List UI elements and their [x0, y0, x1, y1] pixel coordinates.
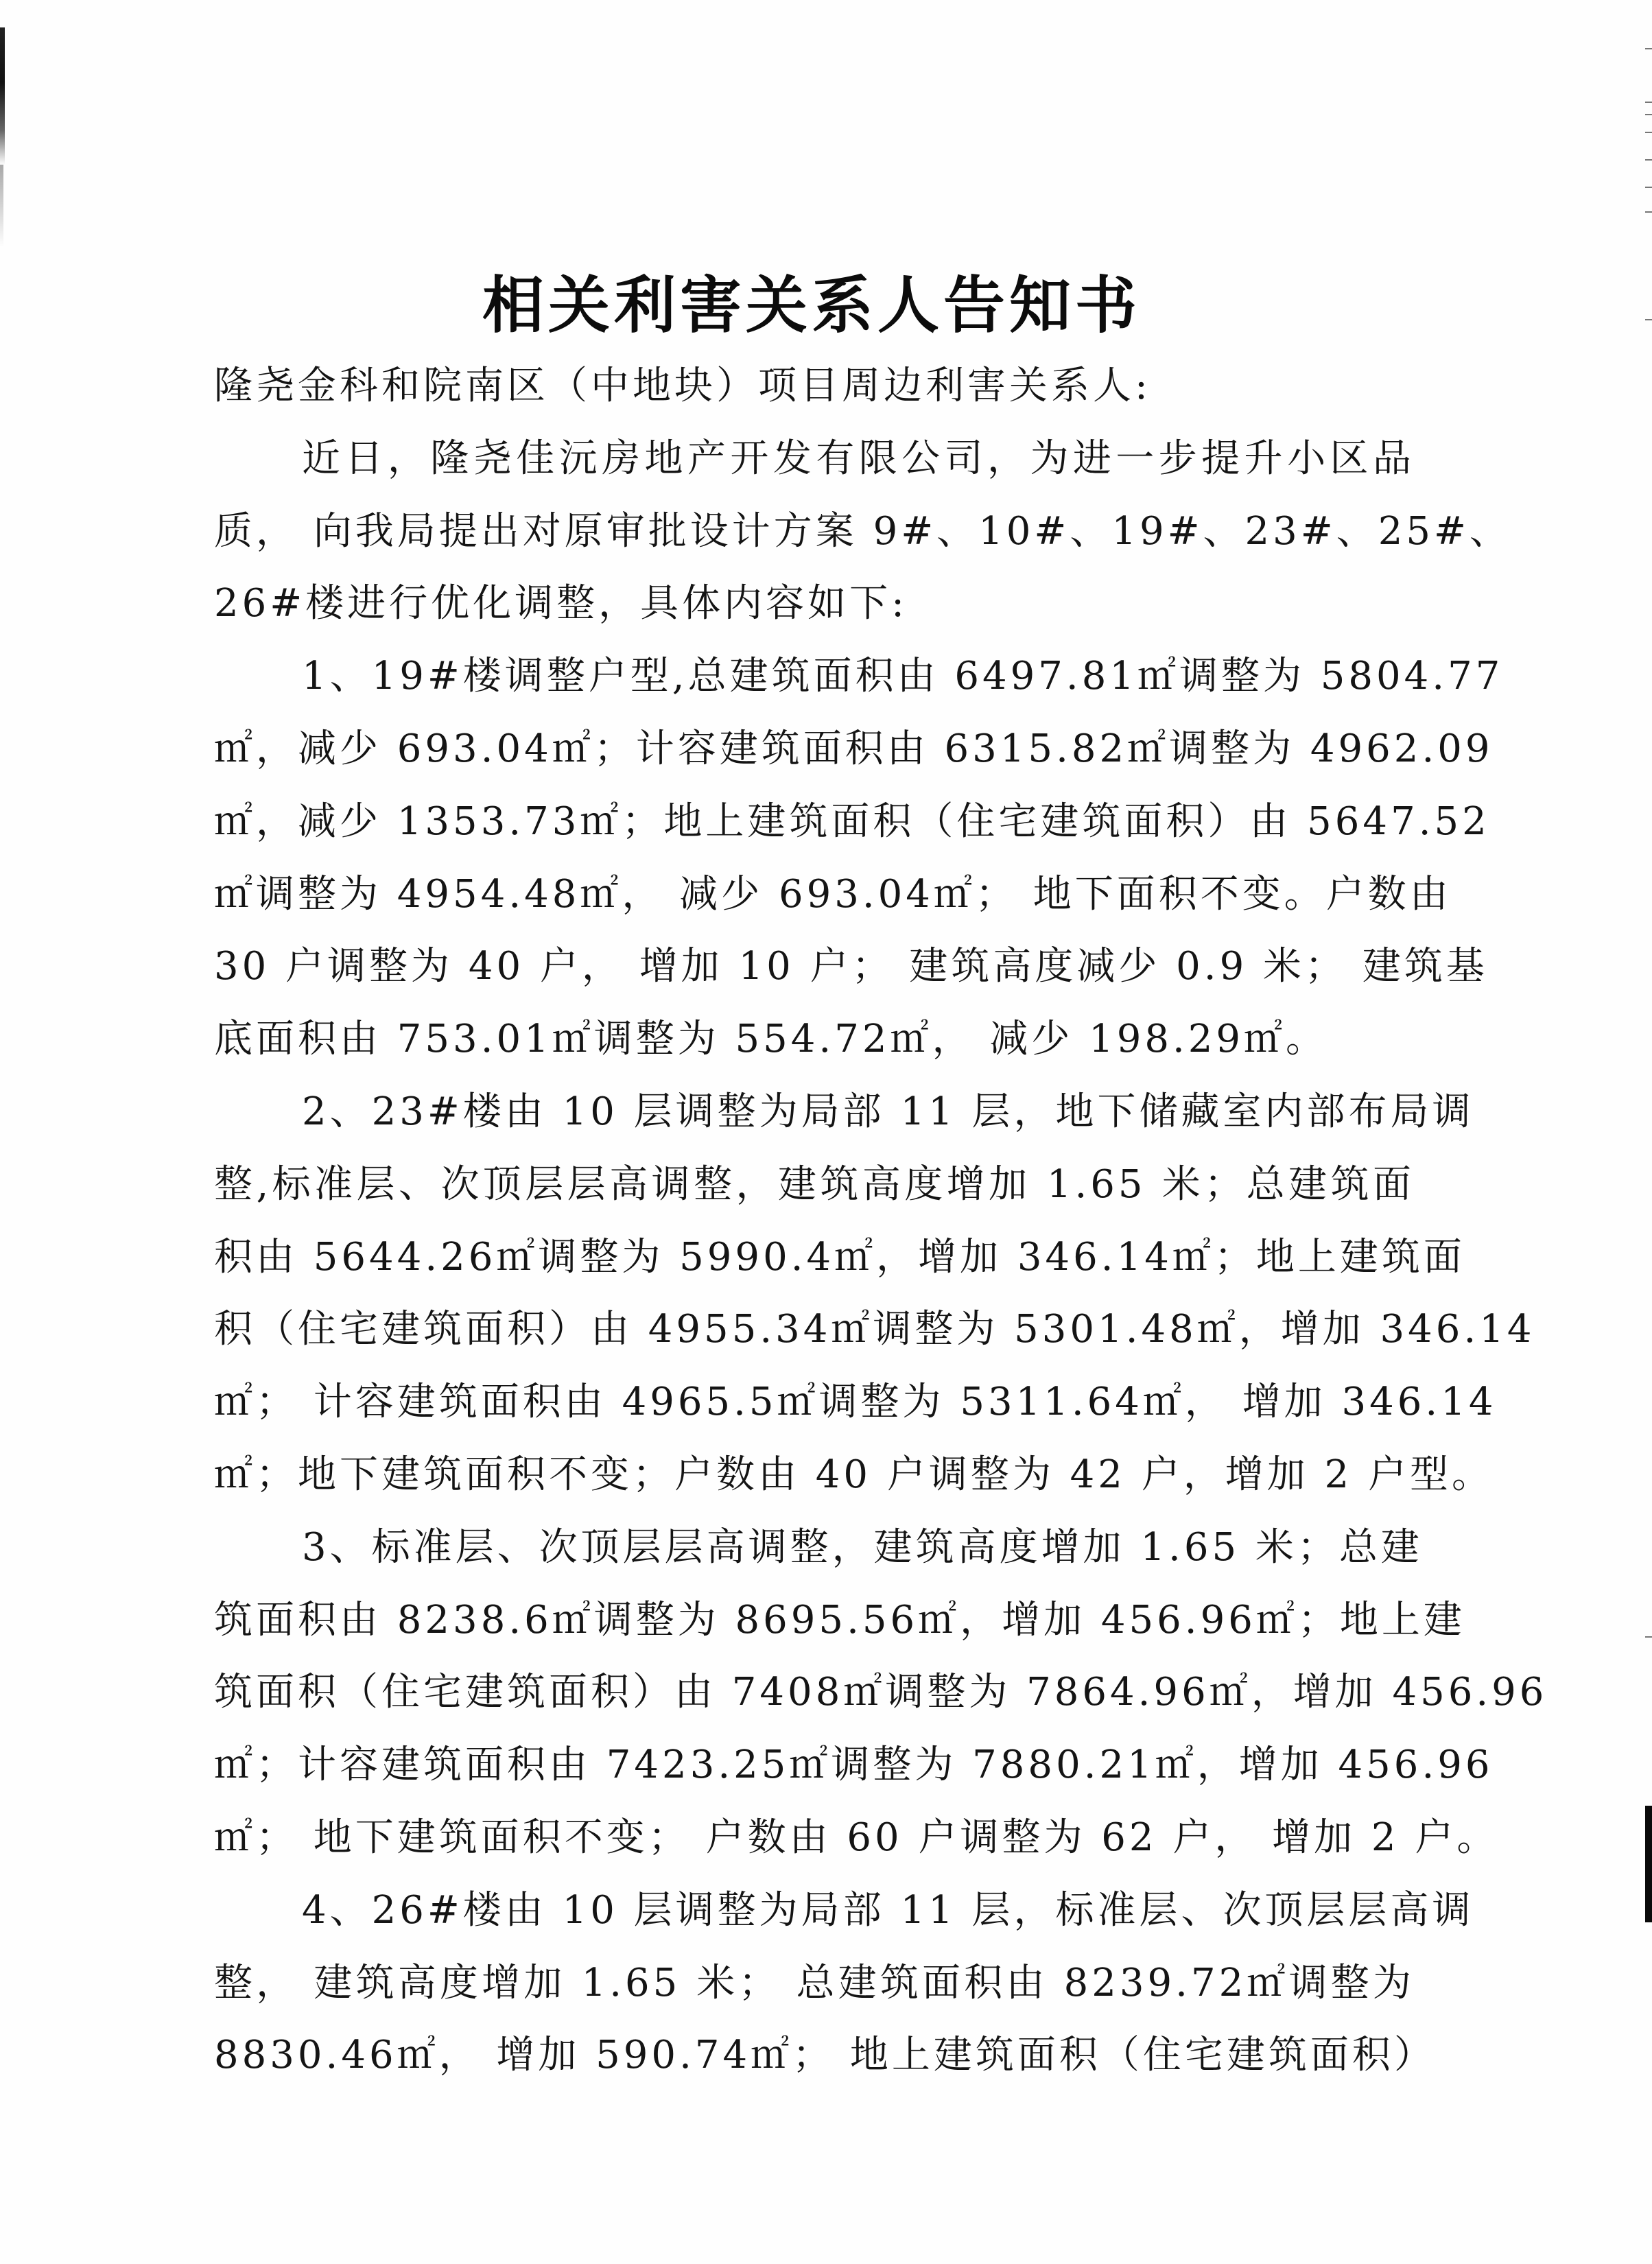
body-line: 质， 向我局提出对原审批设计方案 9#、10#、19#、23#、25#、 — [214, 495, 1415, 568]
body-line: ㎡，减少 1353.73㎡；地上建筑面积（住宅建筑面积）由 5647.52 — [214, 786, 1415, 858]
document-title: 相关利害关系人告知书 — [0, 272, 1623, 340]
body-line: 4、26#楼由 10 层调整为局部 11 层，标准层、次顶层层高调 — [214, 1874, 1415, 1947]
scan-edge-mark-right — [1645, 1636, 1652, 1638]
body-line: ㎡调整为 4954.48㎡， 减少 693.04㎡； 地下面积不变。户数由 — [214, 858, 1415, 931]
body-line: 整,标准层、次顶层层高调整，建筑高度增加 1.65 米；总建筑面 — [214, 1148, 1415, 1221]
body-line: 30 户调整为 40 户， 增加 10 户； 建筑高度减少 0.9 米； 建筑基 — [214, 930, 1415, 1003]
body-line: ㎡； 计容建筑面积由 4965.5㎡调整为 5311.64㎡， 增加 346.1… — [214, 1366, 1415, 1439]
scan-edge-mark-right — [1645, 48, 1652, 49]
scan-edge-mark-right — [1645, 211, 1652, 213]
body-line: 筑面积由 8238.6㎡调整为 8695.56㎡，增加 456.96㎡；地上建 — [214, 1584, 1415, 1657]
body-line: 26#楼进行优化调整，具体内容如下: — [214, 567, 1415, 640]
scan-edge-mark-right — [1645, 159, 1652, 161]
body-line: 筑面积（住宅建筑面积）由 7408㎡调整为 7864.96㎡，增加 456.96 — [214, 1656, 1415, 1729]
body-line: ㎡，减少 693.04㎡；计容建筑面积由 6315.82㎡调整为 4962.09 — [214, 713, 1415, 786]
document-body: 隆尧金科和院南区（中地块）项目周边利害关系人: 近日，隆尧佳沅房地产开发有限公司… — [214, 350, 1415, 2092]
salutation: 隆尧金科和院南区（中地块）项目周边利害关系人: — [214, 350, 1415, 423]
body-line: ㎡；计容建筑面积由 7423.25㎡调整为 7880.21㎡，增加 456.96 — [214, 1729, 1415, 1802]
scan-edge-mark-right — [1645, 114, 1652, 115]
paragraph-lines: 近日，隆尧佳沅房地产开发有限公司，为进一步提升小区品质， 向我局提出对原审批设计… — [214, 423, 1415, 2092]
body-line: 3、标准层、次顶层层高调整，建筑高度增加 1.65 米；总建 — [214, 1511, 1415, 1584]
scan-edge-mark-right — [1645, 187, 1652, 188]
scan-edge-mark-right — [1645, 132, 1652, 133]
body-line: 积由 5644.26㎡调整为 5990.4㎡，增加 346.14㎡；地上建筑面 — [214, 1221, 1415, 1294]
body-line: 1、19#楼调整户型,总建筑面积由 6497.81㎡调整为 5804.77 — [214, 640, 1415, 713]
body-line: 2、23#楼由 10 层调整为局部 11 层，地下储藏室内部布局调 — [214, 1076, 1415, 1148]
scan-edge-mark-right — [1645, 102, 1652, 103]
body-line: 积（住宅建筑面积）由 4955.34㎡调整为 5301.48㎡，增加 346.1… — [214, 1293, 1415, 1366]
body-line: ㎡； 地下建筑面积不变； 户数由 60 户调整为 62 户， 增加 2 户。 — [214, 1802, 1415, 1874]
body-line: 近日，隆尧佳沅房地产开发有限公司，为进一步提升小区品 — [214, 423, 1415, 495]
body-line: ㎡；地下建筑面积不变；户数由 40 户调整为 42 户，增加 2 户型。 — [214, 1439, 1415, 1511]
scan-edge-fade-left — [0, 165, 3, 247]
body-line: 整， 建筑高度增加 1.65 米； 总建筑面积由 8239.72㎡调整为 — [214, 1947, 1415, 2020]
body-line: 8830.46㎡， 增加 590.74㎡； 地上建筑面积（住宅建筑面积） — [214, 2019, 1415, 2092]
body-line: 底面积由 753.01㎡调整为 554.72㎡， 减少 198.29㎡。 — [214, 1003, 1415, 1076]
scan-edge-shadow-left — [0, 27, 5, 165]
scan-edge-mark-right — [1645, 319, 1652, 320]
scan-edge-shadow-right — [1645, 1806, 1652, 1922]
